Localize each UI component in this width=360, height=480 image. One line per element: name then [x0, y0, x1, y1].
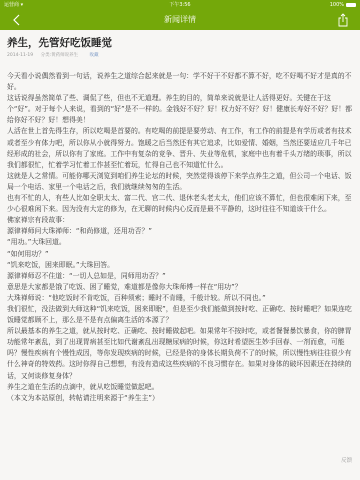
battery-icon — [346, 3, 356, 7]
paragraph: 这话说得虽然简单了些、调侃了些，但也不无道理。养生的目的，简单来说就是让人活得更… — [7, 93, 355, 126]
article-category: 分类:黄药师说养生 — [41, 53, 79, 58]
paragraph: 所以最基本的养生之道，就从按时吃、正确吃、按时睡做起吧。如果常年不按时吃，或者餐… — [7, 326, 355, 381]
paragraph: “用功。”大珠回道。 — [7, 237, 355, 248]
paragraph: 也有不忙的人，有些人比如全职太太、富二代、官二代、退休老头老太太，他们应该不算忙… — [7, 193, 355, 215]
paragraph: 我们很忙，没法做到大师这种“饥来吃饭，困来即眠”，但是至少我们能做到按时吃、正确… — [7, 304, 355, 326]
feedback-button[interactable]: 反馈 — [341, 456, 352, 464]
paragraph: 大珠禅师说：“他吃饭时不肯吃饭，百种须索；睡时不肯睡，千般计较。所以不同也。” — [7, 293, 355, 304]
paragraph: “饥来吃饭，困来即眠。”大珠回答。 — [7, 260, 355, 271]
page-title: 新闻详情 — [0, 10, 360, 30]
top-bar: 运营商 ▾ 下午3:56 100% 新闻详情 — [0, 0, 360, 30]
paragraph: 养生之道在生活的点滴中，就从吃饭睡觉做起吧。 — [7, 382, 355, 393]
paragraph: “如何用功？” — [7, 249, 355, 260]
article-title: 养生，先管好吃饭睡觉 — [7, 36, 355, 50]
article: 养生，先管好吃饭睡觉 2014-11-19 分类:黄药师说养生 收藏 今天看小说… — [7, 34, 355, 404]
battery-status: 100% — [330, 0, 356, 10]
paragraph: 源律禅师忍不住道：“一切人总如是，同师用功否？” — [7, 271, 355, 282]
share-icon[interactable] — [336, 13, 350, 27]
status-time: 下午3:56 — [0, 0, 360, 10]
favorite-link[interactable]: 收藏 — [90, 53, 99, 58]
navigation-bar: 新闻详情 — [0, 10, 360, 30]
paragraph: 源律禅师问大珠禅师：“和尚修道，还用功否？” — [7, 226, 355, 237]
paragraph: 今天看小说偶然看到一句话，说养生之道综合起来就是一句：学不好干不好都不算不好，吃… — [7, 71, 355, 93]
paragraph: 人活在世上首先得生存，所以吃喝是首要的。有吃喝的前提是要劳动、有工作，有工作的前… — [7, 126, 355, 170]
status-bar: 运营商 ▾ 下午3:56 100% — [0, 0, 360, 10]
paragraph: 意思是大家都是饿了吃饭、困了睡觉，难道都是像你大珠师傅一样在“用功”？ — [7, 282, 355, 293]
paragraph: 这就是人之常情。可能你哪天浏览到咱们养生论坛的时候，突然觉得该停下来学点养生之道… — [7, 171, 355, 193]
article-body: 今天看小说偶然看到一句话，说养生之道综合起来就是一句：学不好干不好都不算不好，吃… — [7, 71, 355, 404]
paragraph: （本文为本站原创，转帖请注明来源于“养生主”） — [7, 393, 355, 404]
article-meta: 2014-11-19 分类:黄药师说养生 收藏 — [7, 52, 355, 60]
article-date: 2014-11-19 — [7, 53, 33, 58]
paragraph: 佛家禅宗有段故事： — [7, 215, 355, 226]
battery-percent: 100% — [330, 0, 344, 10]
